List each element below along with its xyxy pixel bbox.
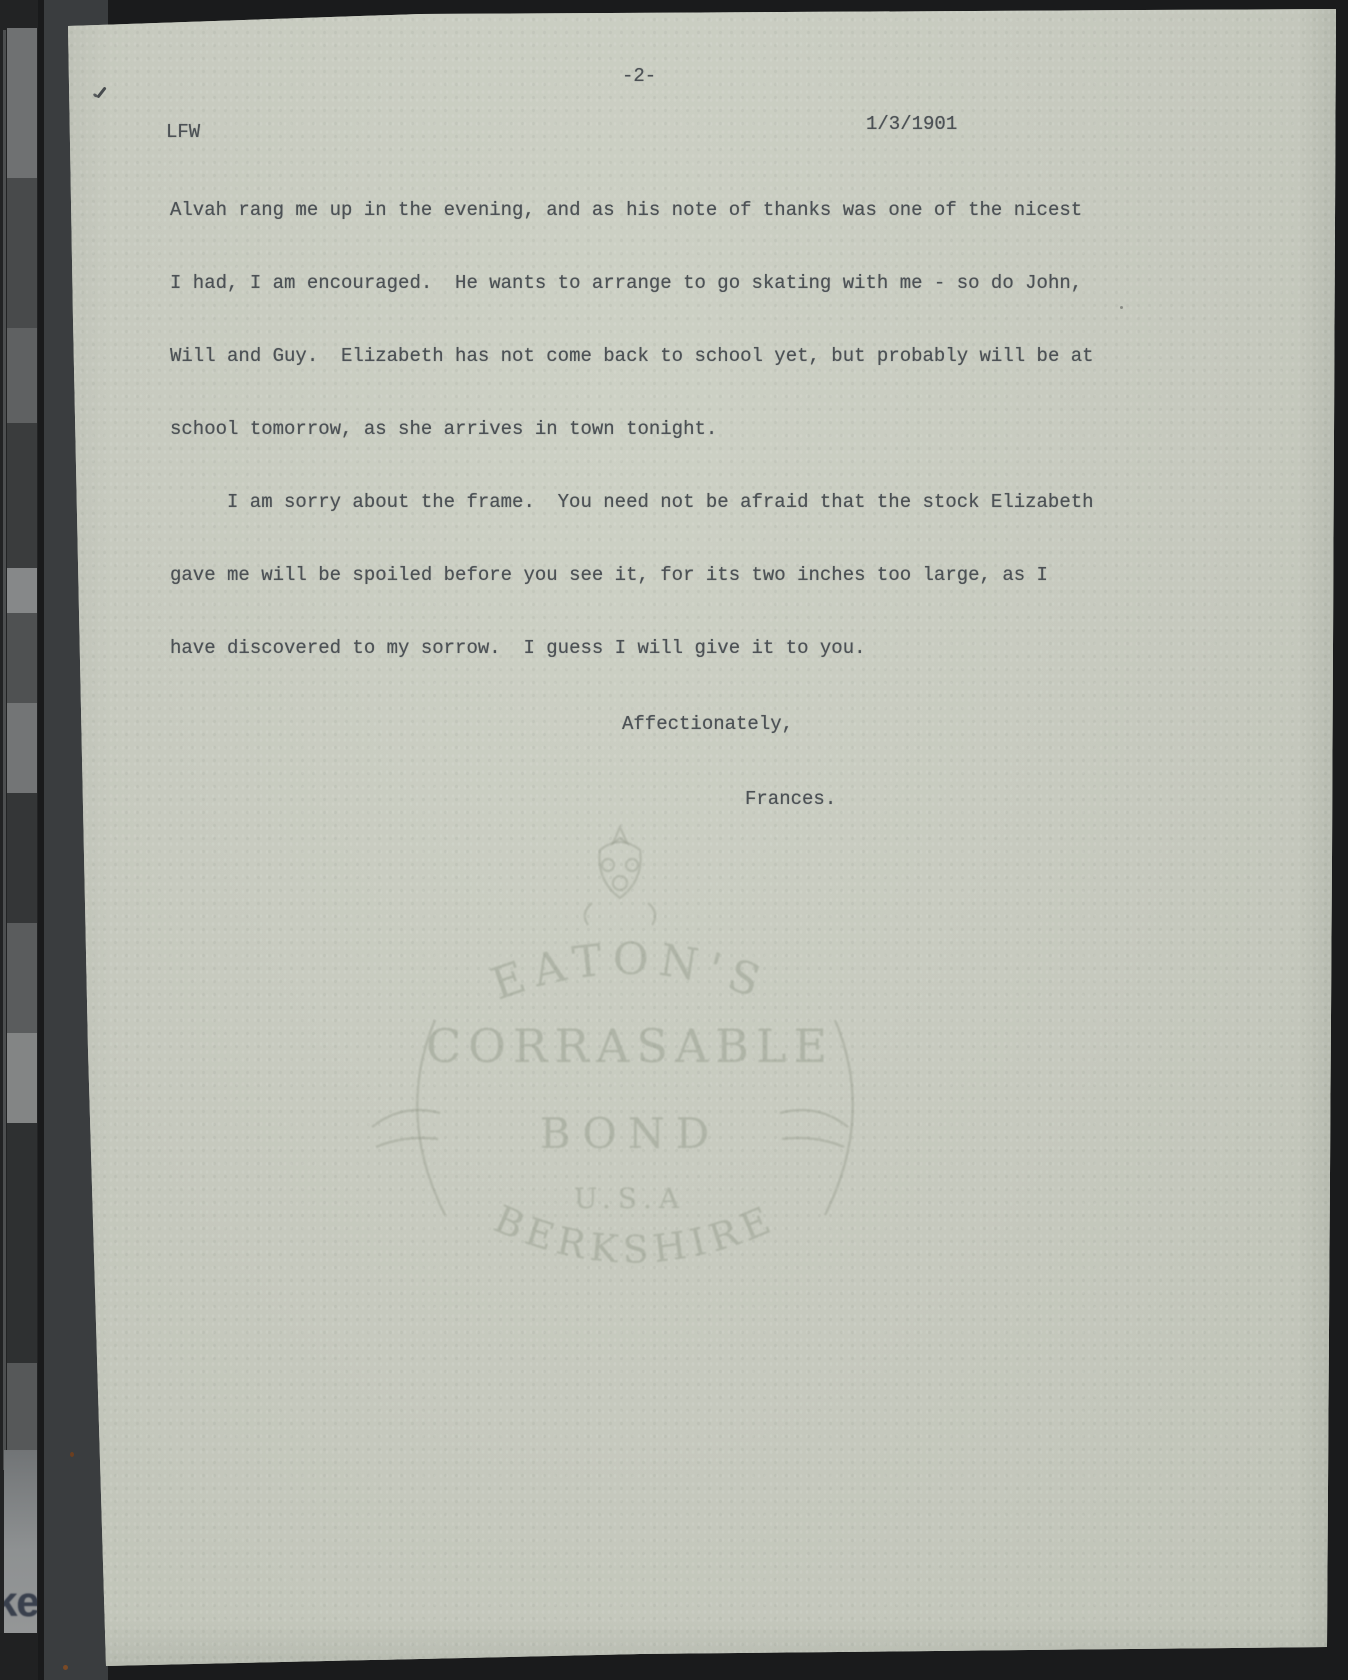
letter-line: have discovered to my sorrow. I guess I … (170, 639, 866, 658)
watermark-crest (585, 827, 655, 925)
paper-speck (1120, 306, 1123, 309)
edge-block (7, 703, 37, 793)
paper-speck (315, 10, 321, 15)
edge-block (7, 423, 37, 568)
edge-block (7, 1363, 37, 1453)
letter-line: Alvah rang me up in the evening, and as … (170, 201, 1082, 220)
edge-block (7, 28, 37, 178)
spine-label-fragment: ke (4, 1578, 37, 1626)
watermark-product: CORRASABLE (426, 1019, 834, 1073)
paper-watermark: EATON'S CORRASABLE BOND U.S.A BERKSHIRE (330, 775, 890, 1315)
edge-block (7, 613, 37, 703)
edge-highlight-line (3, 30, 6, 1470)
author-initials: LFW (166, 123, 200, 142)
letter-line: I had, I am encouraged. He wants to arra… (170, 274, 1082, 293)
letter-line: school tomorrow, as she arrives in town … (170, 420, 717, 439)
edge-block (7, 1033, 37, 1123)
rust-speck (70, 1452, 74, 1457)
watermark-country: U.S.A (574, 1182, 686, 1215)
svg-text:EATON'S: EATON'S (485, 934, 775, 1011)
letter-paper: -2- LFW 1/3/1901 Alvah rang me up in the… (0, 0, 1348, 1680)
edge-block (7, 923, 37, 1033)
scanned-letter-page: ke -2- LFW 1/3/1901 Alvah rang me up in … (0, 0, 1348, 1680)
pen-mark (96, 86, 106, 98)
watermark-grade: BOND (540, 1109, 721, 1158)
edge-block (7, 568, 37, 613)
letter-line: Will and Guy. Elizabeth has not come bac… (170, 347, 1094, 366)
letter-date: 1/3/1901 (866, 115, 957, 134)
page-number: -2- (622, 67, 656, 86)
rust-speck (63, 1665, 68, 1670)
edge-block (7, 178, 37, 328)
edge-block (7, 1123, 37, 1363)
letter-closing: Affectionately, (622, 715, 793, 734)
book-page-edges: ke (0, 0, 44, 1680)
letter-line: I am sorry about the frame. You need not… (227, 493, 1094, 512)
edge-block (7, 328, 37, 423)
letter-line: gave me will be spoiled before you see i… (170, 566, 1048, 585)
edge-block (7, 793, 37, 923)
spine-label-strip: ke (4, 1450, 37, 1633)
watermark-brand: EATON'S (485, 934, 775, 1011)
